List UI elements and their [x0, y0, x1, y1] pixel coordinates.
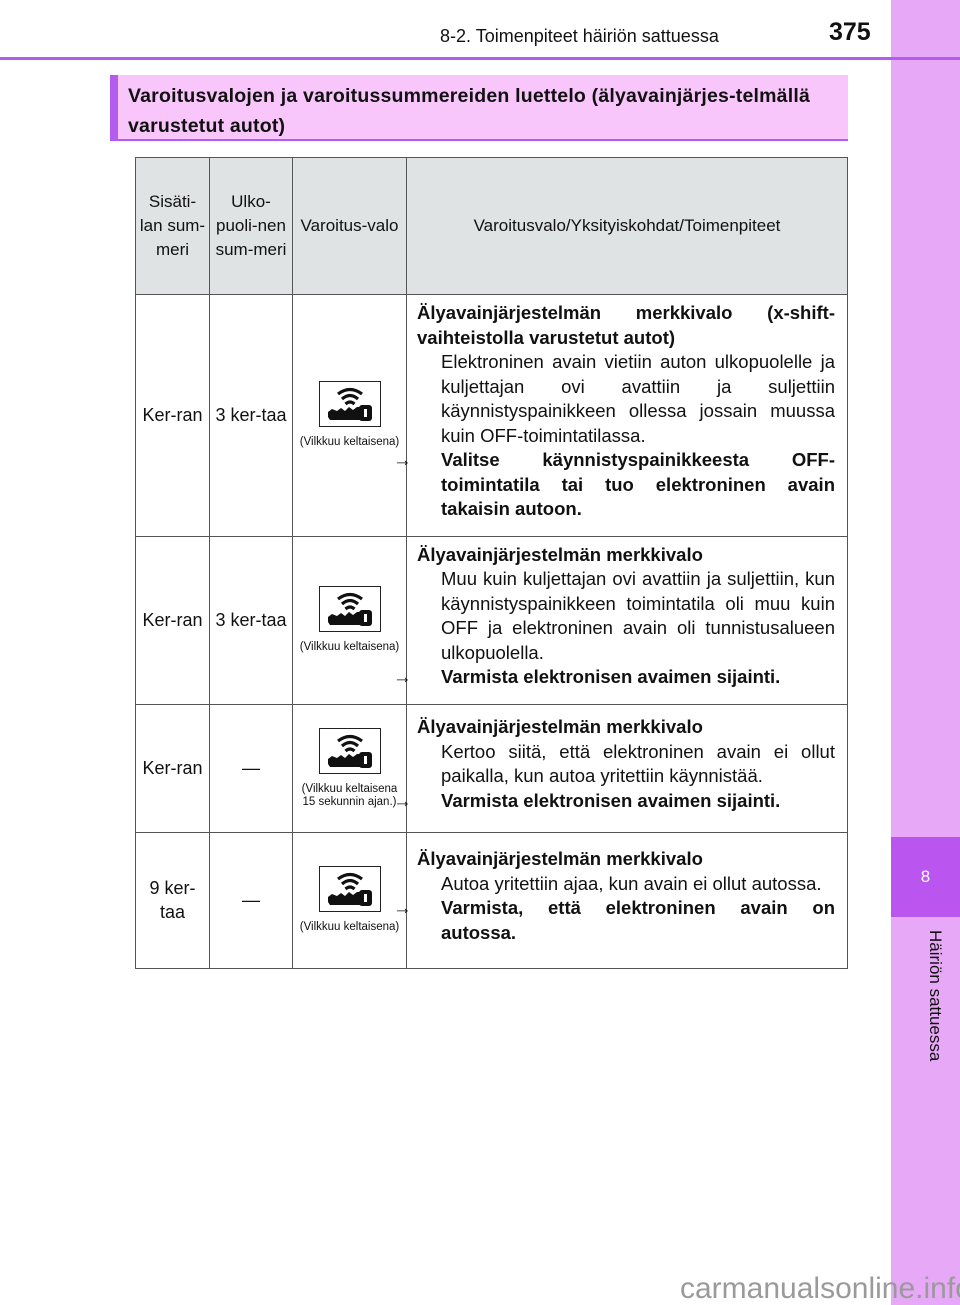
warning-light-cell: (Vilkkuu keltaisena 15 sekunnin ajan.) — [293, 704, 407, 832]
warning-action: →Varmista elektronisen avaimen sijainti. — [417, 789, 835, 814]
smart-key-indicator-icon — [319, 586, 381, 632]
interior-buzzer-cell: Ker-ran — [136, 295, 210, 537]
details-cell: Älyavainjärjestelmän merkkivalo Muu kuin… — [407, 536, 848, 704]
header-warning-light: Varoitus-valo — [293, 158, 407, 295]
exterior-buzzer-cell: 3 ker-taa — [210, 295, 293, 537]
details-cell: Älyavainjärjestelmän merkkivalo (x-shift… — [407, 295, 848, 537]
details-cell: Älyavainjärjestelmän merkkivalo Autoa yr… — [407, 832, 848, 968]
chapter-side-tab — [891, 0, 960, 1305]
icon-caption: (Vilkkuu keltaisena) — [294, 921, 405, 934]
exterior-buzzer-cell: — — [210, 704, 293, 832]
warning-description: Muu kuin kuljettajan ovi avattiin ja sul… — [417, 567, 835, 665]
exterior-buzzer-cell: 3 ker-taa — [210, 536, 293, 704]
warning-title: Älyavainjärjestelmän merkkivalo (x-shift… — [417, 301, 835, 350]
icon-caption: (Vilkkuu keltaisena 15 sekunnin ajan.) — [294, 783, 405, 809]
smart-key-indicator-icon — [319, 381, 381, 427]
warning-action: →Valitse käynnistyspainikkeesta OFF-toim… — [417, 448, 835, 522]
icon-caption: (Vilkkuu keltaisena) — [294, 641, 405, 654]
chapter-label: Häiriön sattuessa — [925, 930, 945, 1061]
page-number: 375 — [829, 18, 871, 47]
table-row: Ker-ran 3 ker-taa (Vilkkuu keltaisena) Ä… — [136, 536, 848, 704]
warning-action: →Varmista, että elektroninen avain on au… — [417, 896, 835, 945]
warning-light-cell: (Vilkkuu keltaisena) — [293, 832, 407, 968]
warning-description: Elektroninen avain vietiin auton ulkopuo… — [417, 350, 835, 448]
header-interior-buzzer: Sisäti-lan sum-meri — [136, 158, 210, 295]
warning-description: Autoa yritettiin ajaa, kun avain ei ollu… — [417, 872, 835, 897]
warning-title: Älyavainjärjestelmän merkkivalo — [417, 847, 835, 872]
interior-buzzer-cell: Ker-ran — [136, 536, 210, 704]
header-details: Varoitusvalo/Yksityiskohdat/Toimenpiteet — [407, 158, 848, 295]
smart-key-indicator-icon — [319, 728, 381, 774]
table-row: Ker-ran 3 ker-taa (Vilkkuu keltaisena) Ä… — [136, 295, 848, 537]
watermark: carmanualsonline.info — [680, 1272, 960, 1305]
warning-description: Kertoo siitä, että elektroninen avain ei… — [417, 740, 835, 789]
warning-action: →Varmista elektronisen avaimen sijainti. — [417, 665, 835, 690]
table-header-row: Sisäti-lan sum-meri Ulko-puoli-nen sum-m… — [136, 158, 848, 295]
smart-key-indicator-icon — [319, 866, 381, 912]
header-exterior-buzzer: Ulko-puoli-nen sum-meri — [210, 158, 293, 295]
interior-buzzer-cell: 9 ker-taa — [136, 832, 210, 968]
warning-table: Sisäti-lan sum-meri Ulko-puoli-nen sum-m… — [135, 157, 848, 969]
exterior-buzzer-cell: — — [210, 832, 293, 968]
arrow-icon: → — [417, 896, 439, 921]
section-title: Varoitusvalojen ja varoitussummereiden l… — [110, 75, 848, 141]
arrow-icon: → — [417, 665, 439, 690]
table-row: Ker-ran — (Vilkkuu keltaisena 15 sekunni… — [136, 704, 848, 832]
warning-light-cell: (Vilkkuu keltaisena) — [293, 295, 407, 537]
table-row: 9 ker-taa — (Vilkkuu keltaisena) Älyavai… — [136, 832, 848, 968]
warning-light-cell: (Vilkkuu keltaisena) — [293, 536, 407, 704]
running-header: 8-2. Toimenpiteet häiriön sattuessa — [440, 26, 719, 47]
warning-title: Älyavainjärjestelmän merkkivalo — [417, 543, 835, 568]
chapter-number: 8 — [891, 837, 960, 917]
arrow-icon: → — [417, 789, 439, 814]
warning-title: Älyavainjärjestelmän merkkivalo — [417, 715, 835, 740]
header-divider — [0, 57, 960, 60]
details-cell: Älyavainjärjestelmän merkkivalo Kertoo s… — [407, 704, 848, 832]
interior-buzzer-cell: Ker-ran — [136, 704, 210, 832]
icon-caption: (Vilkkuu keltaisena) — [294, 436, 405, 449]
arrow-icon: → — [417, 448, 439, 473]
